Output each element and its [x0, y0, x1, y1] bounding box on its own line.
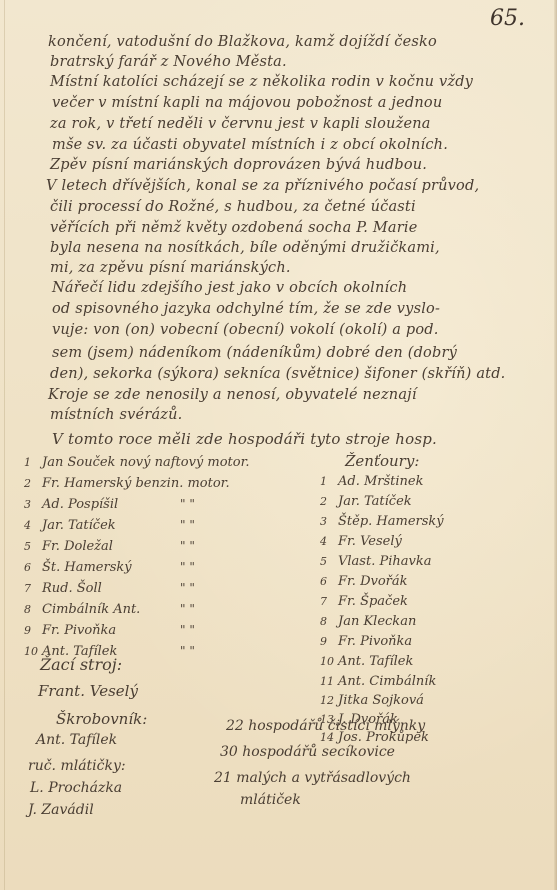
- list-item: 8Cimbálník Ant.: [24, 602, 140, 617]
- list-item: 9Fr. Pivoňka: [320, 634, 412, 649]
- ditto-mark: " ": [180, 560, 195, 574]
- summary-line: 21 malých a vytřásadlových: [214, 770, 411, 786]
- list-item: 3Ad. Pospíšil: [24, 497, 118, 512]
- text-line: Kroje se zde nenosily a nenosí, obyvatel…: [48, 387, 417, 403]
- sprayer-owner: Ant. Tafílek: [36, 732, 117, 748]
- text-line: vuje: von (on) vobecní (obecní) vokolí (…: [52, 322, 439, 338]
- text-line: byla nesena na nosítkách, bíle oděnými d…: [50, 240, 440, 256]
- text-line: Nářečí lidu zdejšího jest jako v obcích …: [52, 280, 407, 296]
- text-line: od spisovného jazyka odchylné tím, že se…: [52, 301, 440, 317]
- summary-line: 30 hospodářů secíkovice: [220, 744, 395, 760]
- text-line: bratrský farář z Nového Města.: [50, 54, 287, 70]
- list-item: 6Št. Hamerský: [24, 560, 132, 575]
- text-line: věřících při němž květy ozdobená socha P…: [50, 220, 418, 236]
- list-item: 4Jar. Tatíček: [24, 518, 116, 533]
- list-item: 2Fr. Hamerský benzin. motor.: [24, 476, 230, 491]
- hand-thresher-owner: J. Zavádil: [28, 802, 94, 818]
- list-item: 5Fr. Doležal: [24, 539, 113, 554]
- list-item: 5Vlast. Pihavka: [320, 554, 431, 569]
- ditto-mark: " ": [180, 518, 195, 532]
- text-line: mi, za zpěvu písní mariánských.: [50, 260, 291, 276]
- section-heading: V tomto roce měli zde hospodáři tyto str…: [52, 430, 437, 448]
- text-line: večer v místní kapli na májovou pobožnos…: [52, 95, 442, 111]
- list-item: 7Fr. Špaček: [320, 594, 408, 609]
- steam-engine-title: Žací stroj:: [40, 655, 122, 674]
- text-line: mše sv. za účasti obyvatel místních i z …: [52, 137, 448, 153]
- list-item: 2Jar. Tatíček: [320, 494, 412, 509]
- list-item: 12Jitka Sojková: [320, 693, 424, 708]
- ditto-mark: " ": [180, 581, 195, 595]
- text-line: končení, vatodušní do Blažkova, kamž doj…: [48, 34, 437, 50]
- separators-title: Ženťoury:: [345, 452, 419, 470]
- text-line: čili processí do Rožné, s hudbou, za čet…: [50, 199, 416, 215]
- steam-engine-owner: Frant. Veselý: [38, 682, 138, 700]
- list-item: 10Ant. Tafílek: [320, 654, 413, 669]
- page-edge-left: [4, 0, 5, 890]
- text-line: den), sekorka (sýkora) sekníca (světnice…: [50, 366, 506, 382]
- text-line: místních svérázů.: [50, 407, 182, 423]
- text-line: Místní katolíci scházejí se z několika r…: [50, 74, 473, 90]
- summary-line: 22 hospodářů čistící mlýnky: [226, 718, 425, 734]
- list-item: 8Jan Kleckan: [320, 614, 416, 629]
- list-item: 3Štěp. Hamerský: [320, 514, 444, 529]
- list-item: 9Fr. Pivoňka: [24, 623, 116, 638]
- ditto-mark: " ": [180, 644, 195, 658]
- ditto-mark: " ": [180, 539, 195, 553]
- list-item: 7Rud. Šoll: [24, 581, 102, 596]
- ditto-mark: " ": [180, 497, 195, 511]
- hand-thresher-owner: L. Procházka: [30, 780, 122, 796]
- manuscript-page: 65. končení, vatodušní do Blažkova, kamž…: [0, 0, 557, 890]
- sprayer-title: Škrobovník:: [56, 710, 147, 728]
- text-line: V letech dřívějších, konal se za přízniv…: [46, 178, 479, 194]
- list-item: 1Jan Souček nový naftový motor.: [24, 455, 250, 470]
- summary-line: mlátiček: [240, 792, 301, 808]
- text-line: Zpěv písní mariánských doprovázen bývá h…: [50, 157, 427, 173]
- page-number: 65.: [490, 6, 525, 31]
- list-item: 6Fr. Dvořák: [320, 574, 408, 589]
- list-item: 11Ant. Cimbálník: [320, 674, 436, 689]
- text-line: za rok, v třetí neděli v červnu jest v k…: [50, 116, 431, 132]
- hand-threshers-title: ruč. mlátičky:: [28, 758, 126, 774]
- ditto-mark: " ": [180, 623, 195, 637]
- list-item: 1Ad. Mrštinek: [320, 474, 424, 489]
- ditto-mark: " ": [180, 602, 195, 616]
- list-item: 4Fr. Veselý: [320, 534, 402, 549]
- text-line: sem (jsem) nádeníkom (nádeníkům) dobré d…: [52, 345, 457, 361]
